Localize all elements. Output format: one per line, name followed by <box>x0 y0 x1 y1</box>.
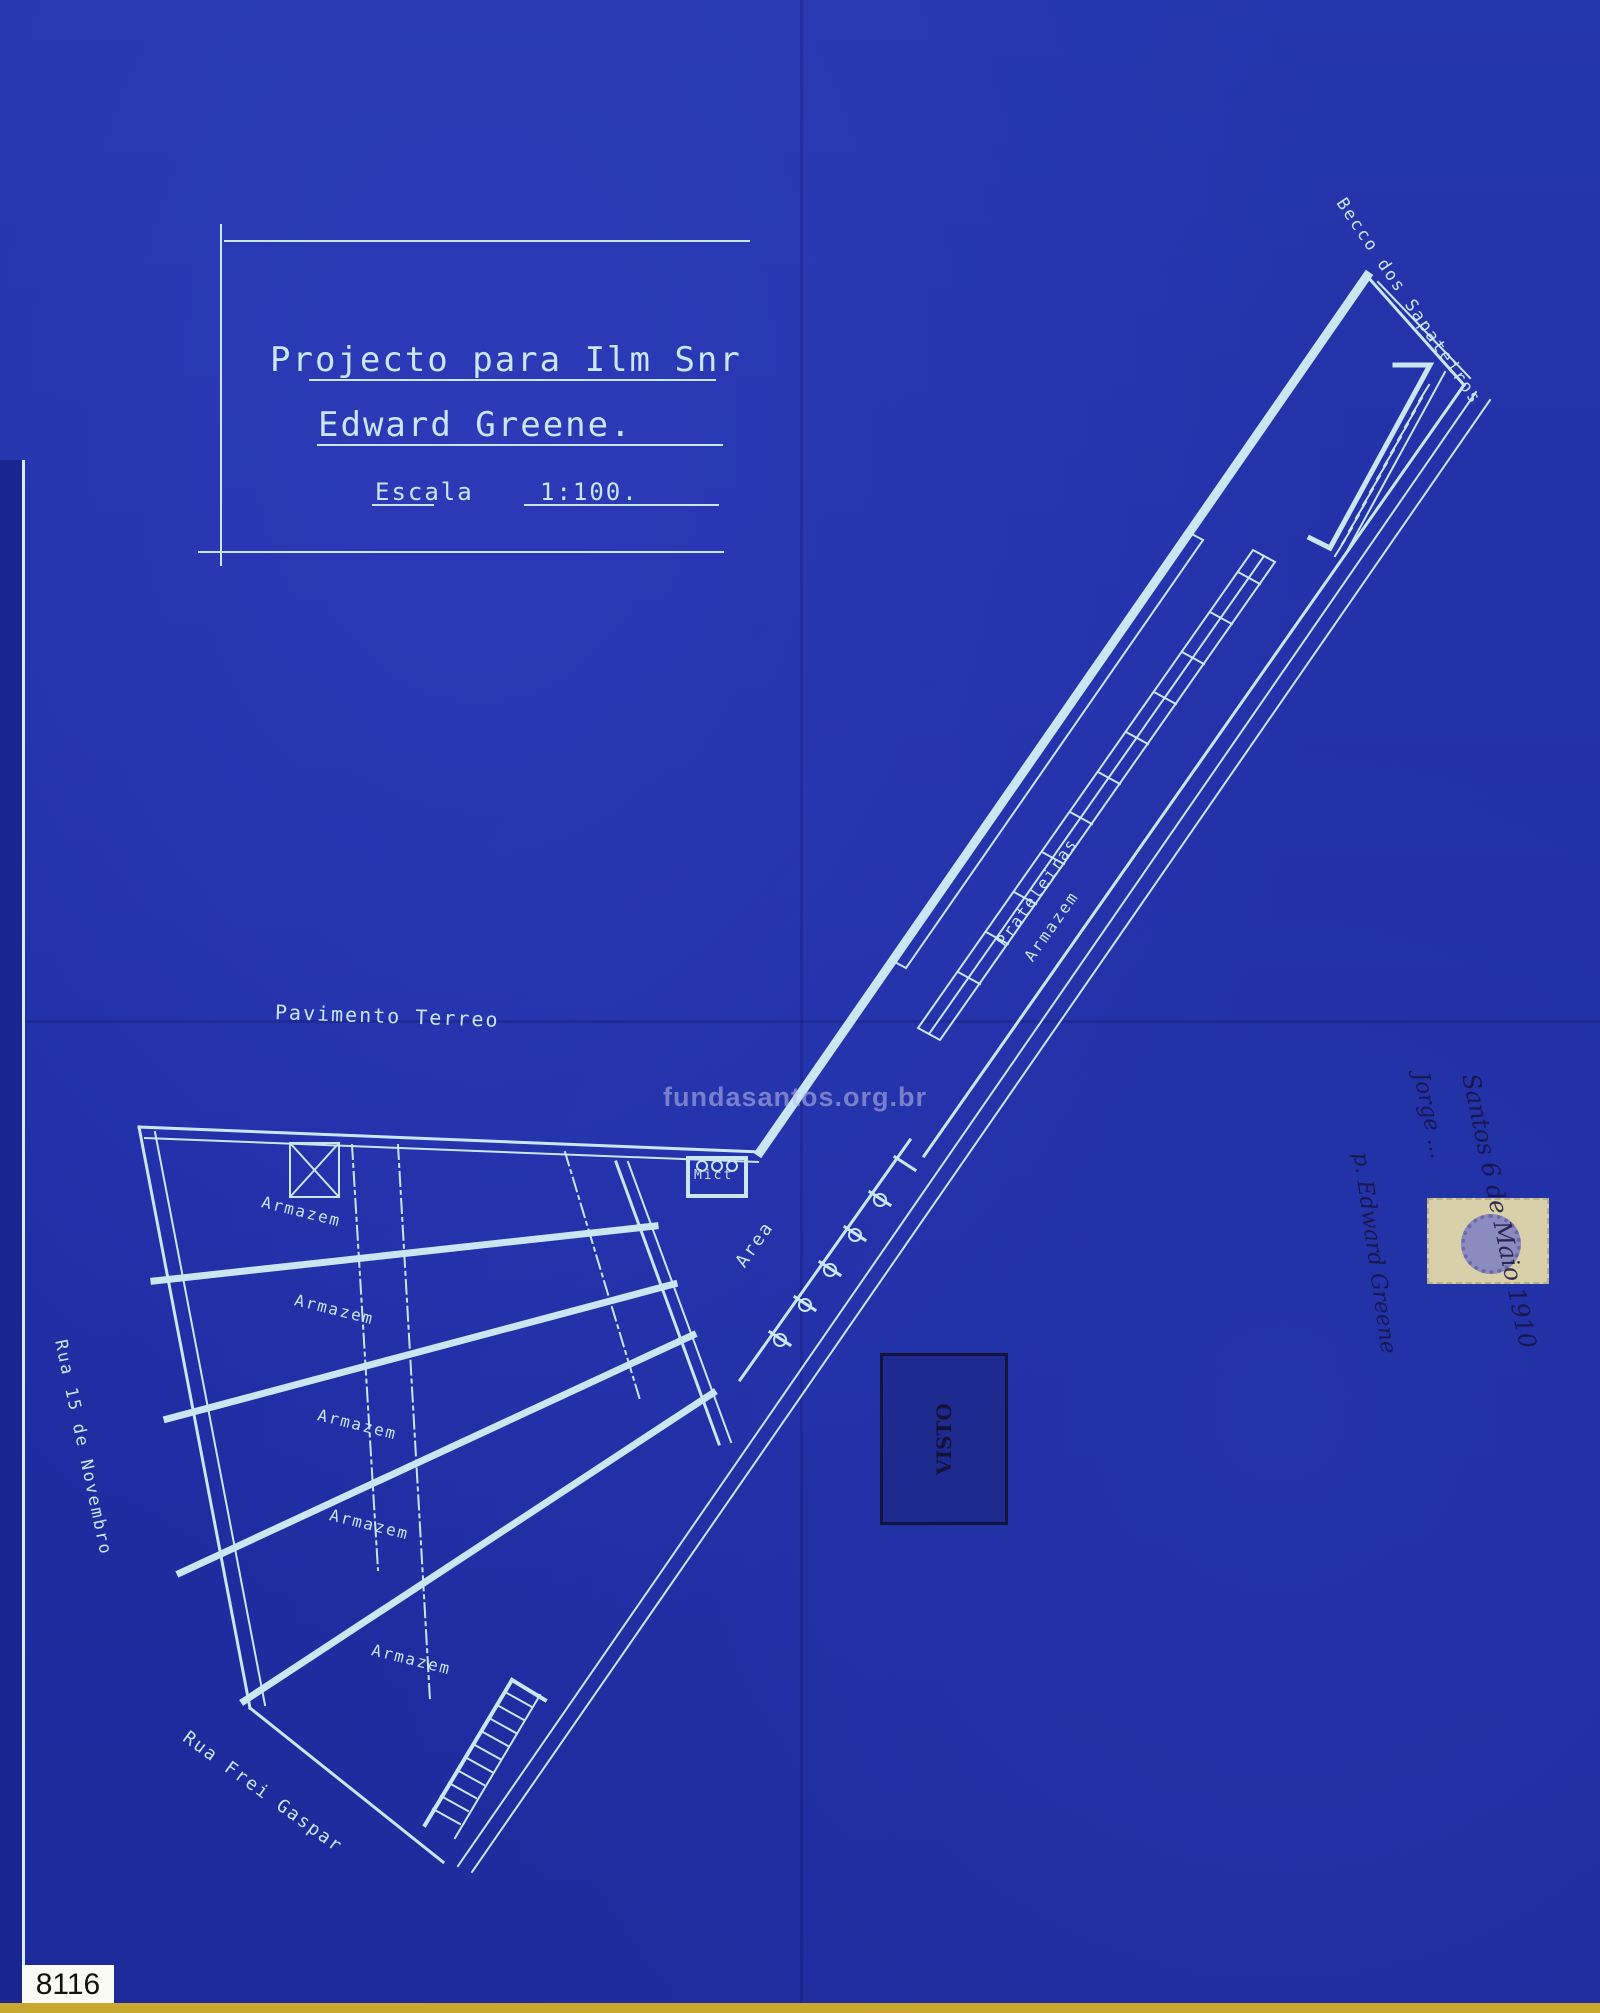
stairs-top <box>1310 365 1445 556</box>
scale-label: Escala <box>375 478 474 506</box>
watermark: fundasantos.org.br <box>663 1082 927 1113</box>
bottom-edge-strip <box>0 2003 1600 2013</box>
title-line-1: Projecto para Ilm Snr <box>270 340 742 380</box>
stamp-text: VISTO <box>932 1403 956 1475</box>
catalog-number-label: 8116 <box>22 1965 114 2005</box>
partition-walls <box>154 1226 713 1701</box>
corridor-walls <box>458 276 1490 1872</box>
dash-dot-axes <box>352 1145 640 1700</box>
lift-shaft <box>290 1143 339 1197</box>
main-block-walls <box>139 1127 760 1862</box>
approval-stamp: VISTO <box>880 1353 1008 1525</box>
stairs-bottom <box>425 1680 545 1838</box>
scale-value: 1:100. <box>540 478 639 506</box>
shelves <box>918 550 1275 1040</box>
floor-plan-drawing <box>0 0 1600 2013</box>
title-line-2: Edward Greene. <box>318 405 633 445</box>
mict-label: Mict <box>694 1168 733 1183</box>
title-block-frame <box>199 225 749 565</box>
wc-stalls <box>740 1140 915 1380</box>
